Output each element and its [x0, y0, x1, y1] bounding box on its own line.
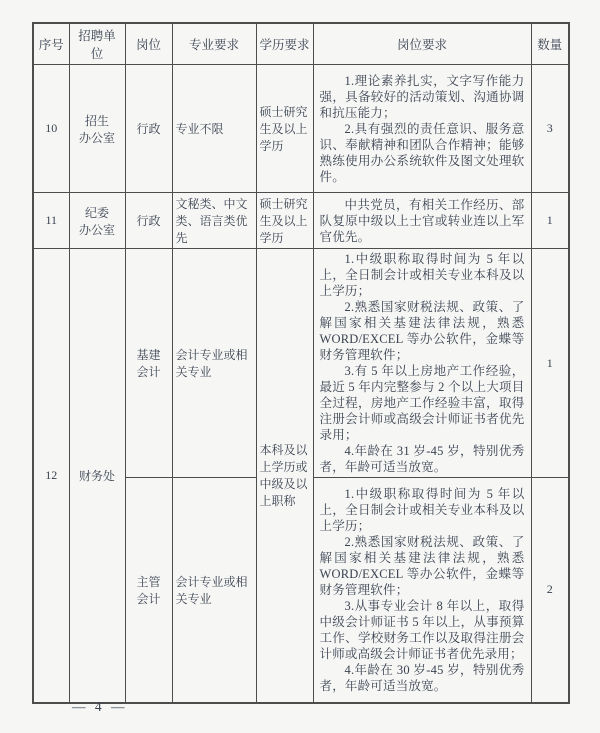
cell-r11-unit: 纪委 办公室 [69, 193, 125, 249]
requirement-paragraph: 2.熟悉国家财税法规、政策、了解国家相关基建法律法规，熟悉WORD/EXCEL … [320, 534, 525, 598]
cell-r11-major: 文秘类、中文 类、语言类优先 [172, 193, 256, 249]
cell-r10-count: 3 [531, 65, 569, 193]
cell-r11-no: 11 [33, 193, 69, 249]
cell-r12-unit: 财务处 [69, 249, 125, 703]
cell-r12-no: 12 [33, 249, 69, 703]
cell-r10-post: 行政 [125, 65, 172, 193]
requirement-paragraph: 4.年龄在 30 岁-45 岁，特别优秀者，年龄可适当放宽。 [320, 662, 525, 694]
cell-r10-requirements: 1.理论素养扎实，文字写作能力强，具备较好的活动策划、沟通协调和抗压能力； 2.… [313, 65, 531, 193]
header-edu: 学历要求 [256, 23, 313, 65]
requirement-paragraph: 1.中级职称取得时间为 5 年以上，全日制会计或相关专业本科及以上学历； [320, 251, 525, 299]
table-row-12-sub-a: 12 财务处 基建 会计 会计专业或相关专业 本科及以上学历或中级及以上职称 1… [33, 249, 569, 478]
header-major: 专业要求 [172, 23, 256, 65]
requirement-paragraph: 4.年龄在 31 岁-45 岁，特别优秀者，年龄可适当放宽。 [320, 443, 525, 475]
recruitment-table: 序号 招聘单位 岗位 专业要求 学历要求 岗位要求 数量 10 招生 办公室 行… [32, 22, 570, 704]
cell-r11-requirements: 中共党员，有相关工作经历、部队复原中级以上士官或转业连以上军官优先。 [313, 193, 531, 249]
requirement-paragraph: 1.中级职称取得时间为 5 年以上，全日制会计或相关专业本科及以上学历； [320, 486, 525, 534]
requirement-paragraph: 2.熟悉国家财税法规、政策、了解国家相关基建法律法规，熟悉WORD/EXCEL … [320, 299, 525, 363]
header-requirements: 岗位要求 [313, 23, 531, 65]
page-number: — 4 — [72, 699, 128, 715]
header-count: 数量 [531, 23, 569, 65]
requirement-paragraph: 3.从事专业会计 8 年以上，取得中级会计师证书 5 年以上，从事预算工作、学校… [320, 598, 525, 662]
cell-r10-no: 10 [33, 65, 69, 193]
cell-r12a-requirements: 1.中级职称取得时间为 5 年以上，全日制会计或相关专业本科及以上学历； 2.熟… [313, 249, 531, 478]
cell-r12b-count: 2 [531, 478, 569, 703]
cell-r10-major: 专业不限 [172, 65, 256, 193]
table-header-row: 序号 招聘单位 岗位 专业要求 学历要求 岗位要求 数量 [33, 23, 569, 65]
cell-r12a-major: 会计专业或相关专业 [172, 249, 256, 478]
cell-r11-post: 行政 [125, 193, 172, 249]
cell-r12b-major: 会计专业或相关专业 [172, 478, 256, 703]
header-no: 序号 [33, 23, 69, 65]
header-post: 岗位 [125, 23, 172, 65]
requirement-paragraph: 3.有 5 年以上房地产工作经验，最近 5 年内完整参与 2 个以上大项目全过程… [320, 363, 525, 443]
header-unit: 招聘单位 [69, 23, 125, 65]
requirement-paragraph: 2.具有强烈的责任意识、服务意识、奉献精神和团队合作精神；能够熟练使用办公系统软… [320, 121, 525, 185]
cell-r12a-count: 1 [531, 249, 569, 478]
cell-r11-edu: 硕士研究生及以上学历 [256, 193, 313, 249]
cell-r12-edu: 本科及以上学历或中级及以上职称 [256, 249, 313, 703]
scanned-document-page: 序号 招聘单位 岗位 专业要求 学历要求 岗位要求 数量 10 招生 办公室 行… [0, 0, 600, 733]
cell-r12a-post: 基建 会计 [125, 249, 172, 478]
cell-r10-edu: 硕士研究生及以上学历 [256, 65, 313, 193]
table-row-10: 10 招生 办公室 行政 专业不限 硕士研究生及以上学历 1.理论素养扎实，文字… [33, 65, 569, 193]
cell-r12b-requirements: 1.中级职称取得时间为 5 年以上，全日制会计或相关专业本科及以上学历； 2.熟… [313, 478, 531, 703]
cell-r11-count: 1 [531, 193, 569, 249]
requirement-paragraph: 中共党员，有相关工作经历、部队复原中级以上士官或转业连以上军官优先。 [320, 197, 525, 245]
cell-r12b-post: 主管 会计 [125, 478, 172, 703]
table-row-11: 11 纪委 办公室 行政 文秘类、中文 类、语言类优先 硕士研究生及以上学历 中… [33, 193, 569, 249]
cell-r10-unit: 招生 办公室 [69, 65, 125, 193]
requirement-paragraph: 1.理论素养扎实，文字写作能力强，具备较好的活动策划、沟通协调和抗压能力； [320, 73, 525, 121]
